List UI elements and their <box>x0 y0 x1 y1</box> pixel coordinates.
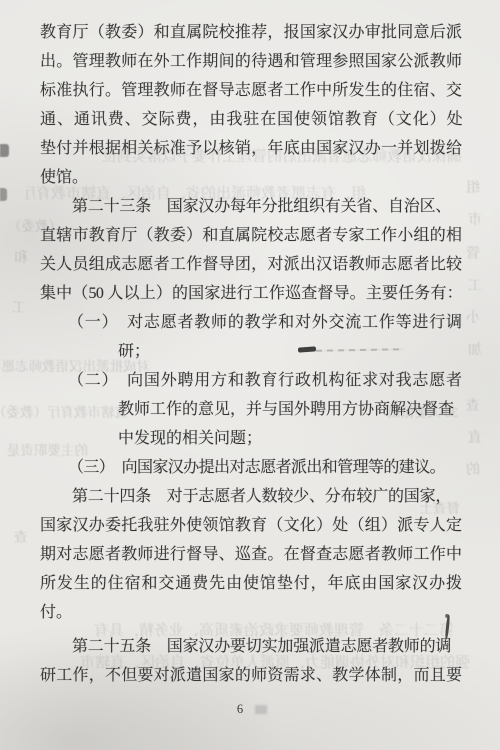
bleedthrough-char: 加 <box>460 342 482 360</box>
text-line: 通、通讯费、交际费，由我驻在国使领馆教育（文化）处（组） <box>40 105 462 134</box>
left-edge-smudge <box>0 188 7 201</box>
smudge-near-page-number <box>255 705 267 714</box>
text-line: 所发生的住宿和交通费先由使馆垫付，年底由国家汉办拨 <box>40 569 462 598</box>
bleedthrough-char: 工 <box>460 278 482 296</box>
bleedthrough-char: 和 <box>6 250 28 268</box>
list-item-2-line: 中发现的相关问题； <box>40 424 462 453</box>
bleedthrough-char: 市 <box>460 212 482 230</box>
article-24-heading-line: 第二十四条 对于志愿者人数较少、分布较广的国家， <box>40 482 462 511</box>
list-item-1-line: 研； <box>40 337 462 366</box>
text-line: 集中（50 人以上）的国家进行工作巡查督导。主要任务有： <box>40 279 462 308</box>
text-line: 国家汉办委托我驻外使领馆教育（文化）处（组）派专人定 <box>40 511 462 540</box>
bleedthrough-char: 直 <box>460 430 482 448</box>
bleedthrough-char: 工 <box>4 300 26 318</box>
text-line: 关人员组成志愿者工作督导团，对派出汉语教师志愿者比较 <box>40 250 462 279</box>
text-line: 期对志愿者教师进行督导、巡查。在督查志愿者教师工作中 <box>40 540 462 569</box>
list-item-3-line: （三） 向国家汉办提出对志愿者派出和管理等的建议。 <box>40 453 462 482</box>
text-line: 使馆。 <box>40 163 462 192</box>
document-body: 教育厅（教委）和直属院校推荐，报国家汉办审批同意后派 出。管理教师在外工作期间的… <box>40 18 462 690</box>
list-item-2-line: （二） 向国外聘用方和教育行政机构征求对我志愿者 <box>40 366 462 395</box>
bleedthrough-char: 查 <box>6 530 28 548</box>
text-line: 垫付并根据相关标准予以核销，年底由国家汉办一并划拨给 <box>40 134 462 163</box>
list-item-1-line: （一） 对志愿者教师的教学和对外交流工作等进行调 <box>40 308 462 337</box>
text-line: 出。管理教师在外工作期间的待遇和管理参照国家公派教师 <box>40 47 462 76</box>
page-number: 6 <box>228 702 252 717</box>
list-item-2-line: 教师工作的意见，并与国外聘用方协商解决督查 <box>40 395 462 424</box>
article-23-heading-line: 第二十三条 国家汉办每年分批组织有关省、自治区、 <box>40 192 462 221</box>
left-edge-smudge <box>0 144 9 157</box>
text-line: 教育厅（教委）和直属院校推荐，报国家汉办审批同意后派 <box>40 18 462 47</box>
article-25-heading-line: 第二十五条 国家汉办要切实加强派遣志愿者教师的调 <box>40 632 462 661</box>
text-line: 付。 <box>40 598 462 627</box>
text-line: 标准执行。管理教师在督导志愿者工作中所发生的住宿、交 <box>40 76 462 105</box>
scanned-document-page: 确保汉语教师志愿者派出后的管理工作要予以落实到位 组，有志愿者教师派出的省、自治… <box>0 0 500 750</box>
text-line: 研工作，不但要对派遣国家的师资需求、教学体制，而且要 <box>40 661 462 690</box>
text-line: 直辖市教育厅（教委）和直属院校志愿者专家工作小组的相 <box>40 221 462 250</box>
